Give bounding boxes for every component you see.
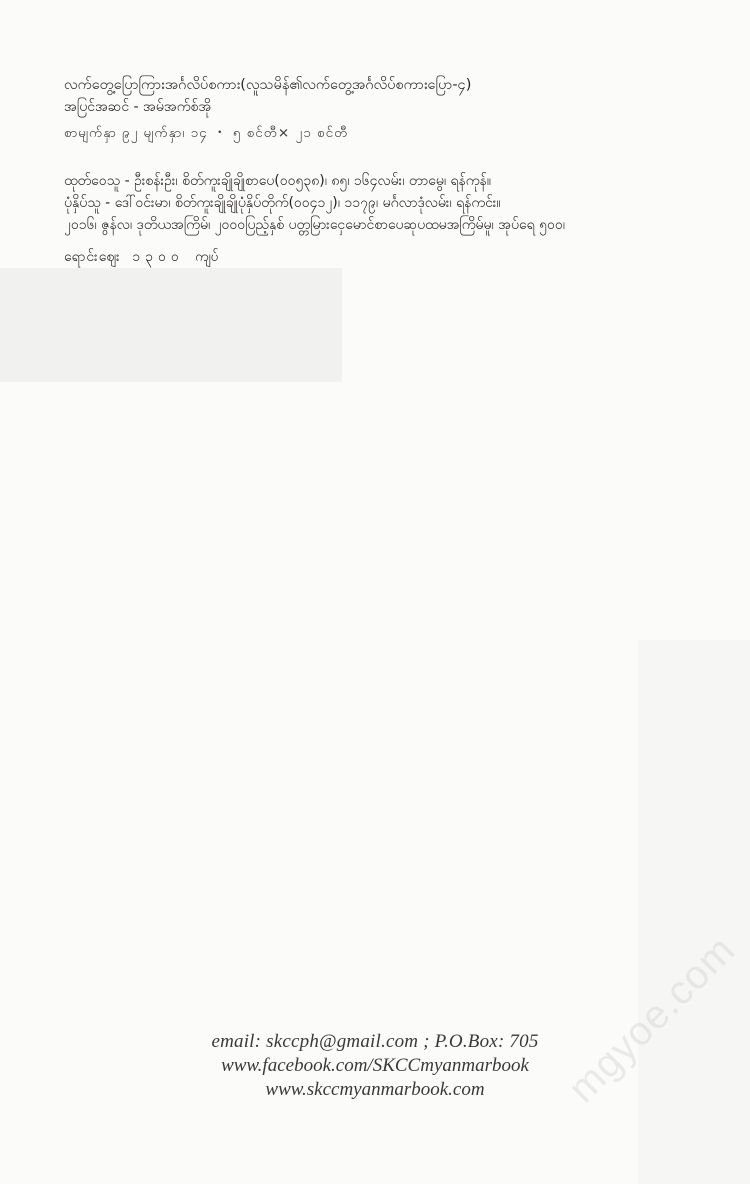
spacer <box>64 236 704 246</box>
colophon-block: လက်တွေ့ပြောကြားအင်္ဂလိပ်စကား(လူသမိန်၏လက်… <box>64 74 704 268</box>
scan-shade <box>638 640 750 1184</box>
scan-shade <box>0 268 342 382</box>
facebook-link[interactable]: www.facebook.com/SKCCmyanmarbook <box>180 1054 570 1078</box>
edition-line: ၂၀၁၆၊ ဇွန်လ၊ ဒုတိယအကြိမ်၊ ၂၀၀၀ပြည့်နှစ် … <box>64 214 704 236</box>
spacer <box>64 144 704 170</box>
price-unit: ကျပ် <box>195 249 219 265</box>
price-line: ရောင်းဈေး ၁၃၀၀ ကျပ် <box>64 246 704 268</box>
website-link[interactable]: www.skccmyanmarbook.com <box>180 1078 570 1102</box>
book-title-line: လက်တွေ့ပြောကြားအင်္ဂလိပ်စကား(လူသမိန်၏လက်… <box>64 74 704 96</box>
layout-credit-line: အပြင်အဆင် - အမ်အက်စ်အို <box>64 96 704 118</box>
email-line: email: skccph@gmail.com ; P.O.Box: 705 <box>180 1030 570 1054</box>
printer-line: ပုံနှိပ်သူ - ဒေါ်ဝင်းမာ၊ စိတ်ကူးချိုချို… <box>64 192 704 214</box>
publisher-line: ထုတ်ဝေသူ - ဦးစန်းဦး၊ စိတ်ကူးချိုချိုစာပေ… <box>64 170 704 192</box>
price-label: ရောင်းဈေး <box>64 249 121 265</box>
contact-block: email: skccph@gmail.com ; P.O.Box: 705 w… <box>180 1030 570 1102</box>
page-specs-line: စာမျက်နှာ ၉၂ မျက်နှာ၊ ၁၄ ・ ၅ စင်တီ× ၂၁ စ… <box>64 122 704 144</box>
price-value: ၁၃၀၀ <box>132 249 184 265</box>
